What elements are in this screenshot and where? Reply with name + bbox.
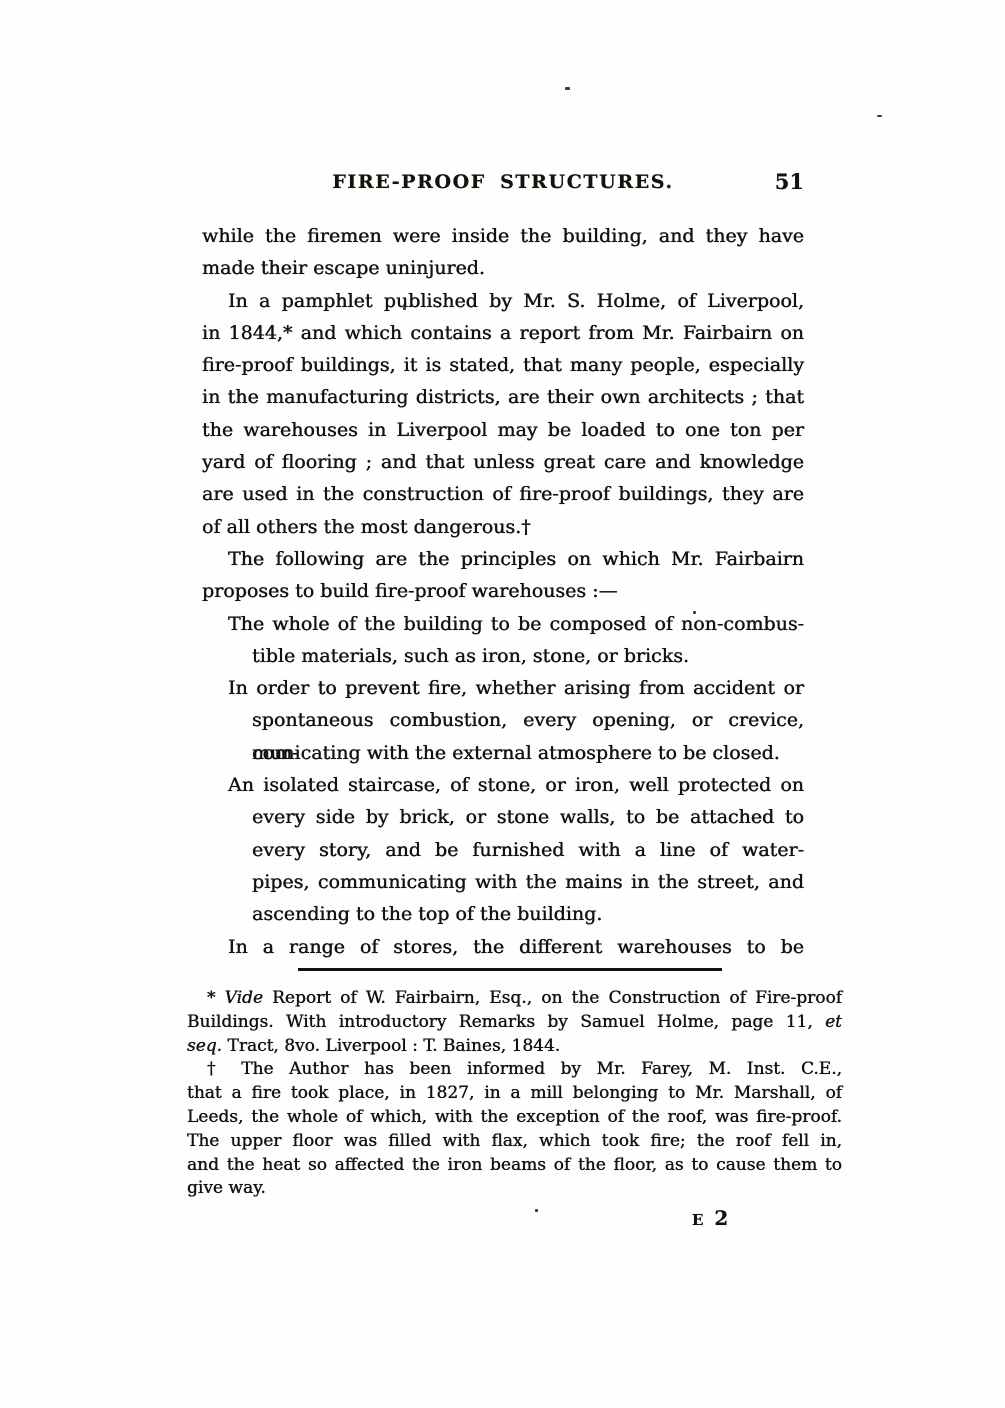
scan-speck [877, 115, 882, 117]
body-line: pipes, communicating with the mains in t… [202, 866, 804, 898]
body-line: In a range of stores, the different ware… [202, 931, 804, 963]
scan-speck [565, 87, 570, 90]
page-number: 51 [775, 169, 804, 194]
body-line: the warehouses in Liverpool may be loade… [202, 414, 804, 446]
body-line: The whole of the building to be composed… [202, 608, 804, 640]
footnote-line: * Vide Report of W. Fairbairn, Esq., on … [187, 987, 842, 1011]
footnote-line: Buildings. With introductory Remarks by … [187, 1011, 842, 1035]
scan-speck [535, 1209, 538, 1212]
body-line: yard of flooring ; and that unless great… [202, 446, 804, 478]
body-line: In a pamphlet published by Mr. S. Holme,… [202, 285, 804, 317]
signature-mark: E 2 [692, 1206, 730, 1230]
running-head-title: FIRE-PROOF STRUCTURES. [202, 171, 804, 193]
body-line: of all others the most dangerous.† [202, 511, 804, 543]
footnote-text: Report of W. Fairbairn, Esq., on the Con… [263, 988, 842, 1008]
footnote-line: Leeds, the whole of which, with the exce… [187, 1106, 842, 1130]
signature-letter: E [692, 1211, 705, 1229]
body-text: while the firemen were inside the buildi… [202, 220, 804, 963]
footnotes: * Vide Report of W. Fairbairn, Esq., on … [187, 987, 842, 1201]
body-line: ascending to the top of the building. [202, 898, 804, 930]
body-line: every side by brick, or stone walls, to … [202, 801, 804, 833]
body-line: An isolated staircase, of stone, or iron… [202, 769, 804, 801]
body-line: tible materials, such as iron, stone, or… [202, 640, 804, 672]
page-header: FIRE-PROOF STRUCTURES. 51 [202, 171, 804, 201]
body-line: in 1844,* and which contains a report fr… [202, 317, 804, 349]
footnote-line: The upper floor was filled with flax, wh… [187, 1130, 842, 1154]
body-line: made their escape uninjured. [202, 252, 804, 284]
footnote-text: Buildings. With introductory Remarks by … [187, 1012, 825, 1032]
body-line: proposes to build fire-proof warehouses … [202, 575, 804, 607]
body-line: every story, and be furnished with a lin… [202, 834, 804, 866]
body-line: while the firemen were inside the buildi… [202, 220, 804, 252]
body-line: In order to prevent fire, whether arisin… [202, 672, 804, 704]
body-line: fire-proof buildings, it is stated, that… [202, 349, 804, 381]
footnote-line: that a fire took place, in 1827, in a mi… [187, 1082, 842, 1106]
footnote-line: † The Author has been informed by Mr. Fa… [187, 1058, 842, 1082]
footnote-separator-rule [298, 968, 722, 971]
body-line: municating with the external atmosphere … [202, 737, 804, 769]
footnote-text: Tract, 8vo. Liverpool : T. Baines, 1844. [222, 1036, 560, 1056]
body-line: are used in the construction of fire-pro… [202, 478, 804, 510]
footnote-italic: et [825, 1012, 842, 1032]
body-line: in the manufacturing districts, are thei… [202, 381, 804, 413]
footnote-italic: Vide [225, 988, 263, 1008]
footnote-line: and the heat so affected the iron beams … [187, 1154, 842, 1178]
book-page: FIRE-PROOF STRUCTURES. 51 while the fire… [0, 0, 1005, 1408]
signature-number: 2 [714, 1206, 730, 1230]
body-line: spontaneous combustion, every opening, o… [202, 704, 804, 736]
body-line: The following are the principles on whic… [202, 543, 804, 575]
footnote-marker: * [207, 988, 225, 1008]
footnote-line: seq. Tract, 8vo. Liverpool : T. Baines, … [187, 1035, 842, 1059]
footnote-italic: seq. [187, 1036, 222, 1056]
footnote-line: give way. [187, 1177, 842, 1201]
